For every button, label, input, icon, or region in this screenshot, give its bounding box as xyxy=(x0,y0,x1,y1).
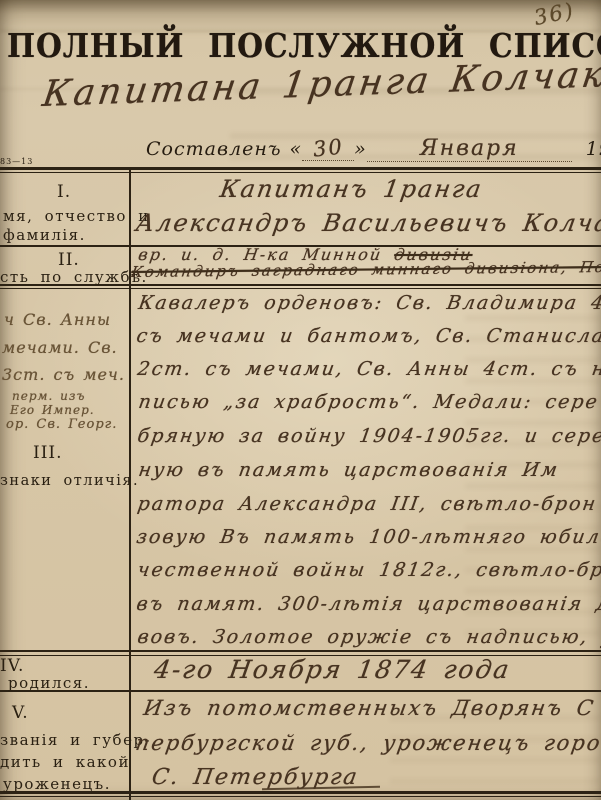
compiled-prefix: Составленъ xyxy=(146,138,282,160)
table-rule xyxy=(0,796,601,797)
margin-note: ор. Св. Георг. xyxy=(6,417,117,432)
open-quote: « xyxy=(290,138,303,160)
margin-note: ч Св. Анны xyxy=(4,310,111,329)
entry-line: въ памят. 300-лѣтія царствованія Дома Ро xyxy=(135,593,601,615)
service-record-page: 36) ПОЛНЫЙ ПОСЛУЖНОЙ СПИСОКЪ. Капитана 1… xyxy=(0,0,601,800)
entry-line: Капитанъ 1ранга xyxy=(218,175,485,203)
entry-line: зовую Въ память 100-лѣтняго юбилея от xyxy=(135,526,601,548)
table-rule xyxy=(0,167,601,170)
row-label: фамилія. xyxy=(3,226,86,244)
row-numeral: II. xyxy=(58,250,80,270)
entry-line: Александръ Васильевичъ Колчакъ 1 xyxy=(134,209,601,237)
table-rule xyxy=(0,690,601,692)
entry-line: съ мечами и бантомъ, Св. Станислав xyxy=(135,325,601,347)
entry-line: 2ст. съ мечами, Св. Анны 4ст. съ над xyxy=(136,358,601,380)
row-label: знаки отличія. xyxy=(0,473,139,489)
row-label: уроженецъ. xyxy=(3,775,111,793)
close-quote: » xyxy=(354,138,367,160)
compiled-month: Января xyxy=(420,136,519,161)
margin-note: 3ст. съ меч. xyxy=(2,365,125,384)
table-rule xyxy=(0,172,601,173)
entry-line: чественной войны 1812г., свѣтло-бронзо xyxy=(136,559,601,581)
entry-text: вовъ. Золотое оружіе съ надписью, xyxy=(136,626,601,648)
row-numeral: IV. xyxy=(0,656,24,676)
compiled-day: 30 xyxy=(312,134,345,161)
row-label: дить и какой xyxy=(0,753,130,771)
row-label: сть по службѣ. xyxy=(0,268,148,286)
entry-line: вовъ. Золотое оружіе съ надписью, за хра… xyxy=(136,626,601,648)
entry-line: 4-го Ноября 1874 года xyxy=(152,655,513,684)
entry-line: ную въ память царствованія Им xyxy=(137,459,561,481)
table-rule xyxy=(0,288,601,289)
entry-line: бряную за войну 1904-1905гг. и серебря xyxy=(136,425,601,447)
row-label: званія и губер- xyxy=(0,731,151,749)
entry-line: пербургской губ., уроженецъ горо xyxy=(134,731,601,755)
entry-line: Изъ потомственныхъ Дворянъ С xyxy=(142,696,597,720)
row-numeral: V. xyxy=(12,703,29,723)
form-number: 83—13 xyxy=(0,157,33,166)
compiled-line: Составленъ « 30 » Января 191 6 года. xyxy=(146,136,601,162)
row-label: родился. xyxy=(8,674,90,692)
margin-note: мечами. Св. xyxy=(2,338,118,357)
entry-line: Кавалеръ орденовъ: Св. Владимира 4ст xyxy=(137,292,601,314)
row-label: мя, отчество и xyxy=(3,207,150,225)
row-numeral: III. xyxy=(33,443,63,463)
entry-line: ратора Александра III, свѣтло-брон xyxy=(136,493,599,515)
margin-note: Его Импер. xyxy=(10,403,95,417)
year-printed: 191 xyxy=(586,138,601,160)
row-numeral: I. xyxy=(57,182,71,202)
table-rule xyxy=(0,650,601,652)
margin-note: перм. изъ xyxy=(12,389,85,403)
entry-line: писью „за храбрость“. Медали: сере xyxy=(137,391,601,413)
